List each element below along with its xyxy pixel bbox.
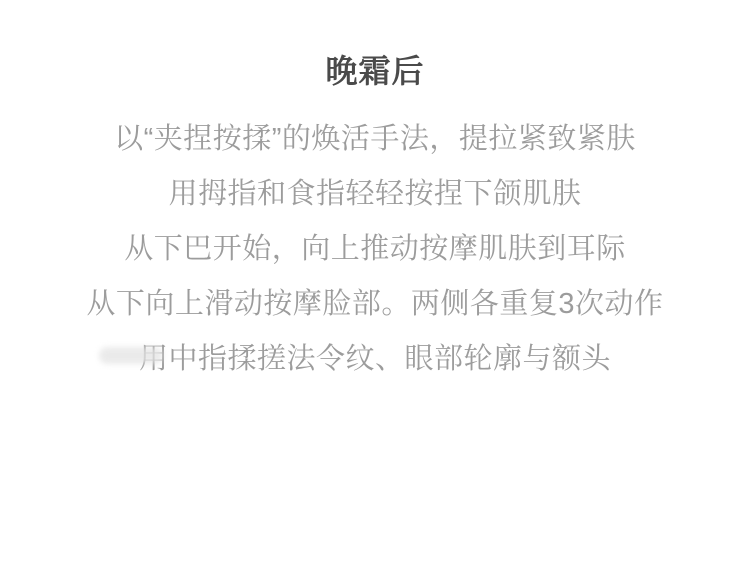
faint-smudge-artifact: [99, 347, 163, 364]
instruction-line-2: 用拇指和食指轻轻按捏下颌肌肤: [0, 167, 750, 222]
instruction-card: 晚霜后 以“夹捏按揉”的焕活手法，提拉紧致紧肤 用拇指和食指轻轻按捏下颌肌肤 从…: [0, 0, 750, 569]
instruction-line-4: 从下向上滑动按摩脸部。两侧各重复3次动作: [0, 277, 750, 332]
instruction-lines: 以“夹捏按揉”的焕活手法，提拉紧致紧肤 用拇指和食指轻轻按捏下颌肌肤 从下巴开始…: [0, 112, 750, 387]
instruction-line-3: 从下巴开始，向上推动按摩肌肤到耳际: [0, 222, 750, 277]
instruction-line-1: 以“夹捏按揉”的焕活手法，提拉紧致紧肤: [0, 112, 750, 167]
section-title: 晚霜后: [0, 52, 750, 90]
